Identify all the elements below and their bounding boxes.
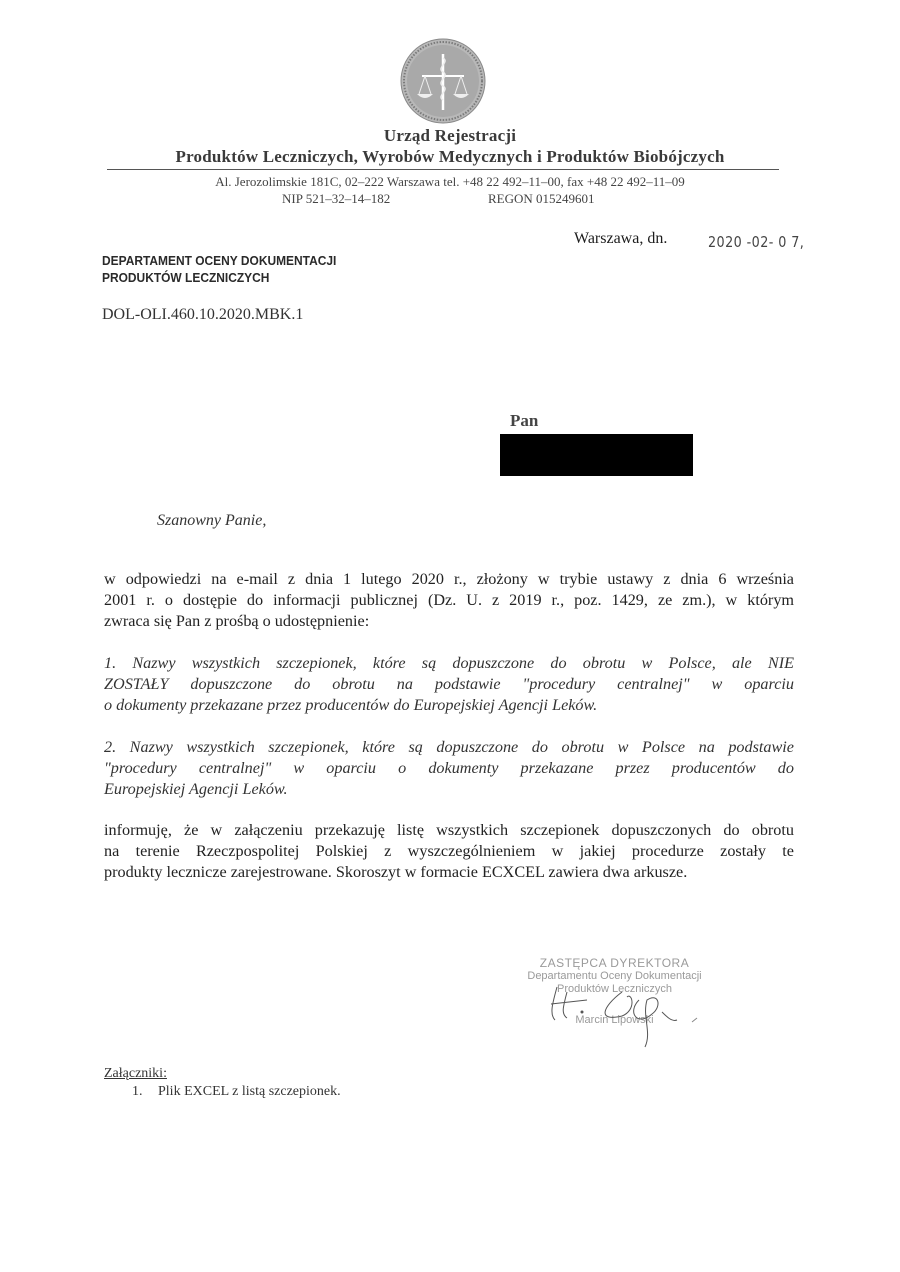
recipient-label: Pan [510,411,538,431]
intro-line: w odpowiedzi na e-mail z dnia 1 lutego 2… [104,569,794,590]
office-address: Al. Jerozolimskie 181C, 02–222 Warszawa … [0,174,900,190]
intro-paragraph: w odpowiedzi na e-mail z dnia 1 lutego 2… [104,569,794,632]
request-line: 2. Nazwy wszystkich szczepionek, które s… [104,737,794,758]
request-line: Europejskiej Agencji Leków. [104,779,794,800]
office-name-line1: Urząd Rejestracji [0,126,900,146]
attachment-text: Plik EXCEL z listą szczepionek. [158,1084,341,1099]
info-line: produkty lecznicze zarejestrowane. Skoro… [104,862,794,883]
attachments-title: Załączniki: [104,1066,167,1082]
attachment-number: 1. [132,1084,158,1100]
office-seal-logo-icon [398,36,488,126]
attachment-item: 1.Plik EXCEL z listą szczepionek. [132,1084,341,1100]
handwritten-signature-icon [527,952,707,1052]
request-line: 1. Nazwy wszystkich szczepionek, które s… [104,653,794,674]
place-label: Warszawa, dn. [574,230,667,248]
request-line: o dokumenty przekazane przez producentów… [104,695,794,716]
office-nip: NIP 521–32–14–182 [282,191,390,207]
request-line: "procedury centralnej" w oparciu o dokum… [104,758,794,779]
request-item-1: 1. Nazwy wszystkich szczepionek, które s… [104,653,794,716]
intro-line: 2001 r. o dostępie do informacji publicz… [104,590,794,611]
request-line: ZOSTAŁY dopuszczone do obrotu na podstaw… [104,674,794,695]
info-line: informuję, że w załączeniu przekazuję li… [104,820,794,841]
reference-number: DOL-OLI.460.10.2020.MBK.1 [102,306,303,324]
header-divider [107,169,779,170]
signature-stamp: ZASTĘPCA DYREKTORA Departamentu Oceny Do… [527,952,707,1052]
department-line2: PRODUKTÓW LECZNICZYCH [102,269,336,286]
department-name: DEPARTAMENT OCENY DOKUMENTACJI PRODUKTÓW… [102,252,336,286]
recipient-name-redaction [500,434,693,476]
info-paragraph: informuję, że w załączeniu przekazuję li… [104,820,794,883]
intro-line: zwraca się Pan z prośbą o udostępnienie: [104,611,794,632]
office-regon: REGON 015249601 [488,191,595,207]
info-line: na terenie Rzeczpospolitej Polskiej z wy… [104,841,794,862]
salutation: Szanowny Panie, [157,512,266,530]
date-stamp: 2020 -02- 0 7, [708,233,804,251]
office-name-line2: Produktów Leczniczych, Wyrobów Medycznyc… [0,147,900,167]
department-line1: DEPARTAMENT OCENY DOKUMENTACJI [102,252,336,269]
request-item-2: 2. Nazwy wszystkich szczepionek, które s… [104,737,794,800]
